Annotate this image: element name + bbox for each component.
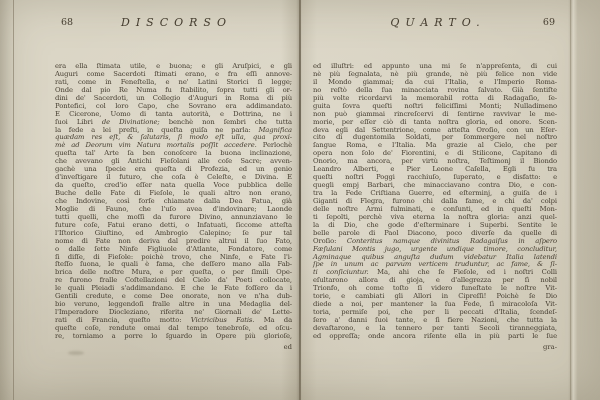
text-line: re, torniamo a porre lo ſguardo in Opere… (55, 333, 292, 341)
left-page-edge-shadow (0, 0, 14, 400)
left-page-number: 68 (61, 17, 73, 28)
right-page-edge-shadow (568, 0, 600, 400)
left-page-header: 68 DISCORSO (55, 16, 292, 31)
left-running-title: DISCORSO (55, 16, 292, 29)
right-running-title: QUARTO. (313, 16, 557, 29)
right-page-header: QUARTO. 69 (313, 16, 557, 31)
right-page-number: 69 (543, 17, 555, 28)
book-scan: 68 DISCORSO era ella ſtimata utile, e bu… (0, 0, 600, 400)
right-page-edge-line (570, 0, 571, 400)
left-page-catchword: ed (55, 343, 292, 351)
paper-smudge (68, 351, 84, 355)
right-page-catchword: gra- (313, 343, 557, 351)
right-page-text: ed illuſtri: ed appunto una mi ſe n'appr… (313, 63, 557, 341)
left-page-edge-line (13, 0, 14, 400)
book-gutter-line (299, 0, 301, 400)
text-line: ed oppreſſa; onde ancora riſente ella in… (313, 333, 557, 341)
left-page-text: era ella ſtimata utile, e buona; e gli A… (55, 63, 292, 341)
left-page: 68 DISCORSO era ella ſtimata utile, e bu… (55, 16, 292, 351)
right-page: QUARTO. 69 ed illuſtri: ed appunto una m… (313, 16, 557, 351)
